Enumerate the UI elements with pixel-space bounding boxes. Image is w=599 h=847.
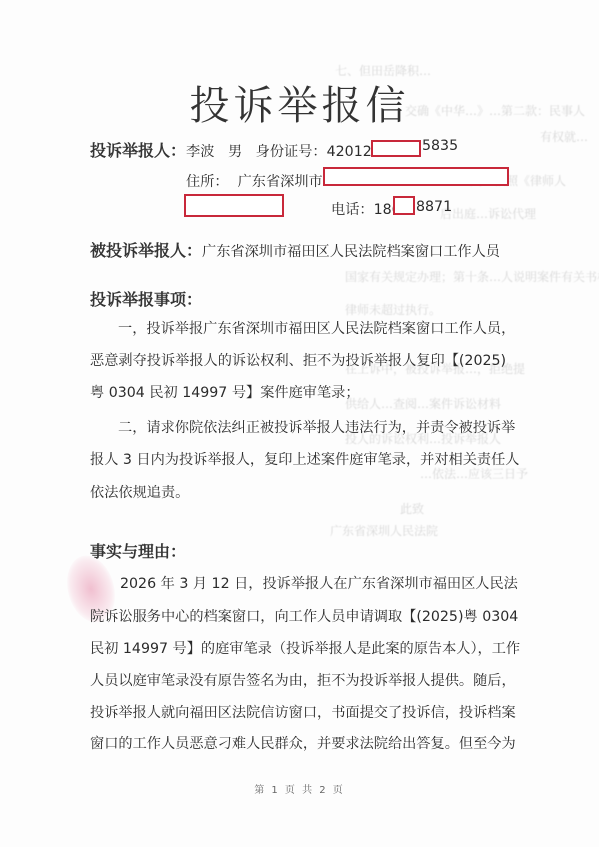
document-page: 七、但田岳降积… 交确《中华…》…第二款：民事人 有权就… 人…依照《律师人 后… [0, 0, 599, 847]
matters-line: 依法依规追责。 [90, 482, 189, 502]
matters-line: 粤 0304 民初 14997 号】案件庭审笔录； [90, 382, 360, 402]
phone-line: 电话：186 [331, 199, 401, 219]
bleed-through-text: 律师未超过执行。 [345, 301, 441, 318]
respondent-line: 被投诉举报人：广东省深圳市福田区人民法院档案窗口工作人员 [90, 238, 500, 261]
matters-heading: 投诉举报事项： [90, 287, 202, 310]
bleed-through-text: 广东省深圳人民法院 [330, 522, 438, 539]
redaction-box-id [371, 140, 421, 157]
complainant-gender: 男 [228, 144, 242, 160]
page-footer: 第 1 页 共 2 页 [0, 781, 599, 796]
facts-line: 民初 14997 号】的庭审笔录（投诉举报人是此案的原告本人），工作 [90, 638, 520, 658]
document-title: 投诉举报信 [0, 74, 599, 131]
facts-heading: 事实与理由： [90, 539, 186, 562]
complainant-label: 投诉举报人： [90, 141, 186, 160]
phone-suffix: 8871 [416, 199, 452, 215]
phone-label: 电话： [331, 202, 374, 218]
respondent-value: 广东省深圳市福田区人民法院档案窗口工作人员 [202, 244, 500, 260]
matters-line: 报人 3 日内为投诉举报人，复印上述案件庭审笔录，并对相关责任人 [90, 449, 520, 469]
matters-line: 恶意剥夺投诉举报人的诉讼权利、拒不为投诉举报人复印【(2025) [90, 350, 506, 370]
bleed-through-text: 此致 [400, 500, 424, 517]
facts-line: 人员以庭审笔录没有原告签名为由，拒不为投诉举报人提供。随后， [90, 670, 516, 690]
redaction-box-address [323, 167, 509, 186]
redaction-box-address-detail [184, 194, 284, 217]
complainant-line: 投诉举报人：李波 男 身份证号：420122 [90, 138, 381, 161]
facts-line: 窗口的工作人员恶意刁难人民群众，并要求法院给出答复。但至今为 [90, 733, 516, 753]
address-line: 住所： 广东省深圳市 [186, 171, 323, 191]
id-suffix: 5835 [422, 138, 458, 154]
complainant-name: 李波 [186, 144, 214, 160]
address-label: 住所： [186, 174, 229, 190]
matters-line: 一，投诉举报广东省深圳市福田区人民法院档案窗口工作人员， [118, 318, 515, 338]
matters-line: 二，请求你院依法纠正被投诉举报人违法行为，并责令被投诉举 [118, 417, 515, 437]
id-label: 身份证号： [256, 144, 327, 160]
respondent-label: 被投诉举报人： [90, 241, 202, 260]
facts-line: 投诉举报人就向福田区法院信访窗口，书面提交了投诉信，投诉档案 [90, 702, 516, 722]
bleed-through-text: 后出庭…诉讼代理 [440, 205, 536, 222]
address-prefix: 广东省深圳市 [238, 174, 323, 190]
bleed-through-text: 供给人…查阅…案件诉讼材料 [345, 395, 501, 412]
redaction-box-phone [393, 196, 415, 215]
facts-line: 院诉讼服务中心的档案窗口，向工作人员申请调取【(2025)粤 0304 [90, 606, 518, 626]
bleed-through-text: 国家有关规定办理；第十条…人说明案件有关书材 [345, 268, 599, 285]
facts-line: 2026 年 3 月 12 日，投诉举报人在广东省深圳市福田区人民法 [120, 573, 518, 593]
